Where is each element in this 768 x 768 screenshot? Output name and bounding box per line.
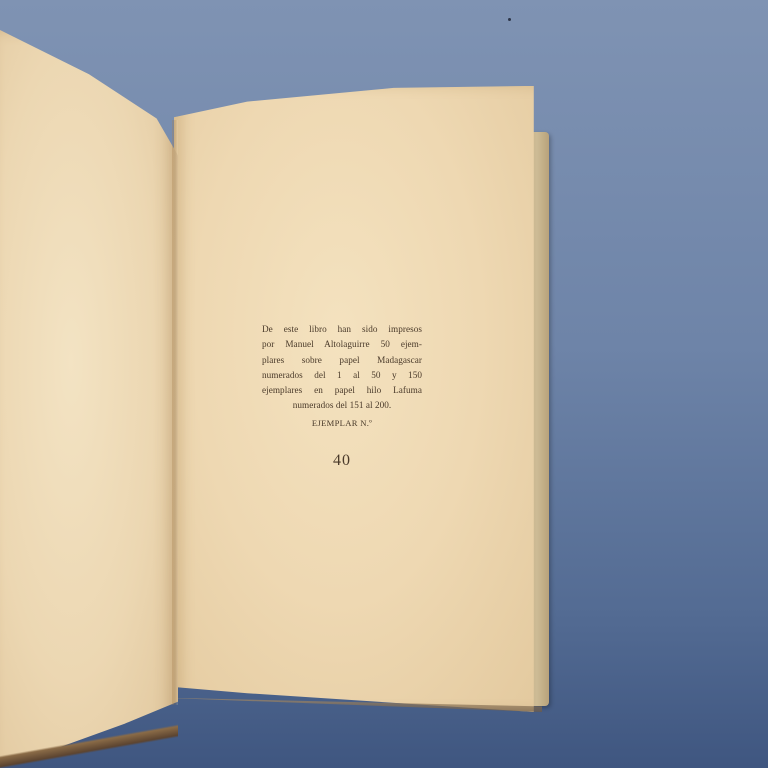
ejemplar-number: 40 (262, 452, 422, 470)
ejemplar-label: EJEMPLAR N.º (262, 418, 422, 428)
colophon-line: por Manuel Altolaguirre 50 ejem- (262, 337, 422, 352)
photo-scene: De este libro han sido impresos por Manu… (0, 0, 768, 768)
dust-speck (508, 18, 511, 21)
colophon-line: numerados del 1 al 50 y 150 (262, 368, 422, 383)
left-page (0, 30, 178, 768)
colophon-line: De este libro han sido impresos (262, 322, 422, 337)
colophon-line: numerados del 151 al 200. (262, 398, 422, 413)
book-gutter (172, 120, 178, 705)
colophon-line: plares sobre papel Madagascar (262, 353, 422, 368)
colophon-text: De este libro han sido impresos por Manu… (262, 322, 422, 414)
colophon-line: ejemplares en papel hilo Lafuma (262, 383, 422, 398)
